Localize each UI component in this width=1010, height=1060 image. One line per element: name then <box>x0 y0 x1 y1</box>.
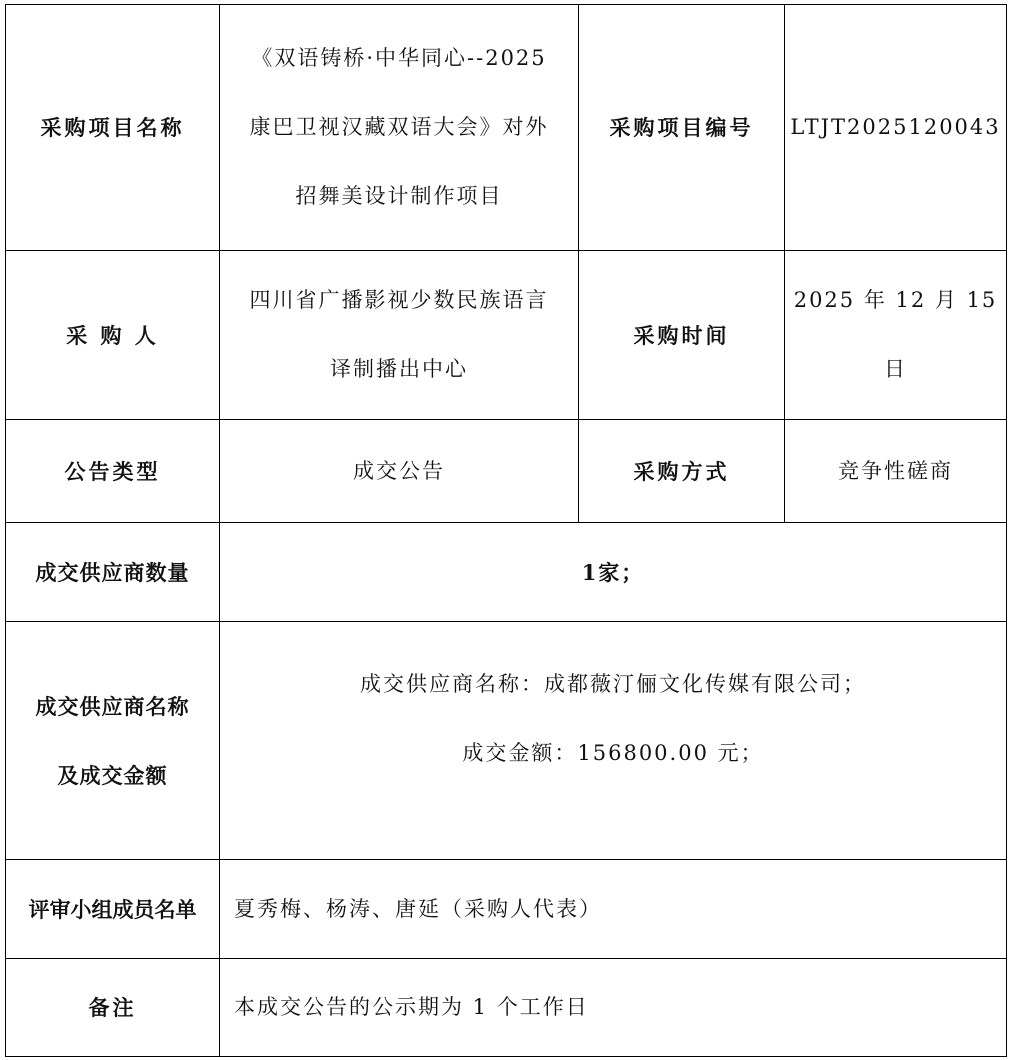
remarks-label: 备注 <box>6 959 220 1057</box>
supplier-amount-value: 成交供应商名称：成都薇汀俪文化传媒有限公司； 成交金额：156800.00 元； <box>220 622 1007 860</box>
remarks-value: 本成交公告的公示期为 1 个工作日 <box>220 959 1007 1057</box>
table-row-supplier-amount: 成交供应商名称 及成交金额 成交供应商名称：成都薇汀俪文化传媒有限公司； 成交金… <box>6 622 1007 860</box>
purchase-date-value: 2025 年 12 月 15 日 <box>785 251 1007 420</box>
project-name-line-2: 康巴卫视汉藏双语大会》对外 <box>220 93 578 162</box>
notice-type-value: 成交公告 <box>220 420 579 523</box>
procurement-result-table: 采购项目名称 《双语铸桥·中华同心--2025 康巴卫视汉藏双语大会》对外 招舞… <box>5 4 1007 1057</box>
review-panel-value: 夏秀梅、杨涛、唐延（采购人代表） <box>220 860 1007 959</box>
purchaser-value: 四川省广播影视少数民族语言 译制播出中心 <box>220 251 579 420</box>
purchase-method-value: 竞争性磋商 <box>785 420 1007 523</box>
purchase-method-label: 采购方式 <box>579 420 785 523</box>
purchase-date-label: 采购时间 <box>579 251 785 420</box>
table-row-review-panel: 评审小组成员名单 夏秀梅、杨涛、唐延（采购人代表） <box>6 860 1007 959</box>
table-row-remarks: 备注 本成交公告的公示期为 1 个工作日 <box>6 959 1007 1057</box>
deal-amount-line: 成交金额：156800.00 元； <box>220 719 1006 788</box>
supplier-count-value: 1家； <box>220 523 1007 622</box>
table-row-notice-type: 公告类型 成交公告 采购方式 竞争性磋商 <box>6 420 1007 523</box>
supplier-count-label: 成交供应商数量 <box>6 523 220 622</box>
supplier-amount-label: 成交供应商名称 及成交金额 <box>6 622 220 860</box>
project-number-label: 采购项目编号 <box>579 5 785 251</box>
table-row-project-name: 采购项目名称 《双语铸桥·中华同心--2025 康巴卫视汉藏双语大会》对外 招舞… <box>6 5 1007 251</box>
purchase-date-line-2: 日 <box>785 335 1006 404</box>
supplier-name-line: 成交供应商名称：成都薇汀俪文化传媒有限公司； <box>220 650 1006 719</box>
purchase-date-line-1: 2025 年 12 月 15 <box>785 266 1006 335</box>
project-name-line-1: 《双语铸桥·中华同心--2025 <box>220 24 578 93</box>
supplier-amount-label-line-1: 成交供应商名称 <box>6 672 219 741</box>
table-row-purchaser: 采 购 人 四川省广播影视少数民族语言 译制播出中心 采购时间 2025 年 1… <box>6 251 1007 420</box>
project-name-line-3: 招舞美设计制作项目 <box>220 162 578 231</box>
supplier-amount-label-line-2: 及成交金额 <box>6 741 219 810</box>
purchaser-line-1: 四川省广播影视少数民族语言 <box>220 266 578 335</box>
review-panel-label: 评审小组成员名单 <box>6 860 220 959</box>
notice-type-label: 公告类型 <box>6 420 220 523</box>
purchaser-line-2: 译制播出中心 <box>220 335 578 404</box>
project-name-value: 《双语铸桥·中华同心--2025 康巴卫视汉藏双语大会》对外 招舞美设计制作项目 <box>220 5 579 251</box>
table-row-supplier-count: 成交供应商数量 1家； <box>6 523 1007 622</box>
project-name-label: 采购项目名称 <box>6 5 220 251</box>
purchaser-label: 采 购 人 <box>6 251 220 420</box>
project-number-value: LTJT2025120043 <box>785 5 1007 251</box>
